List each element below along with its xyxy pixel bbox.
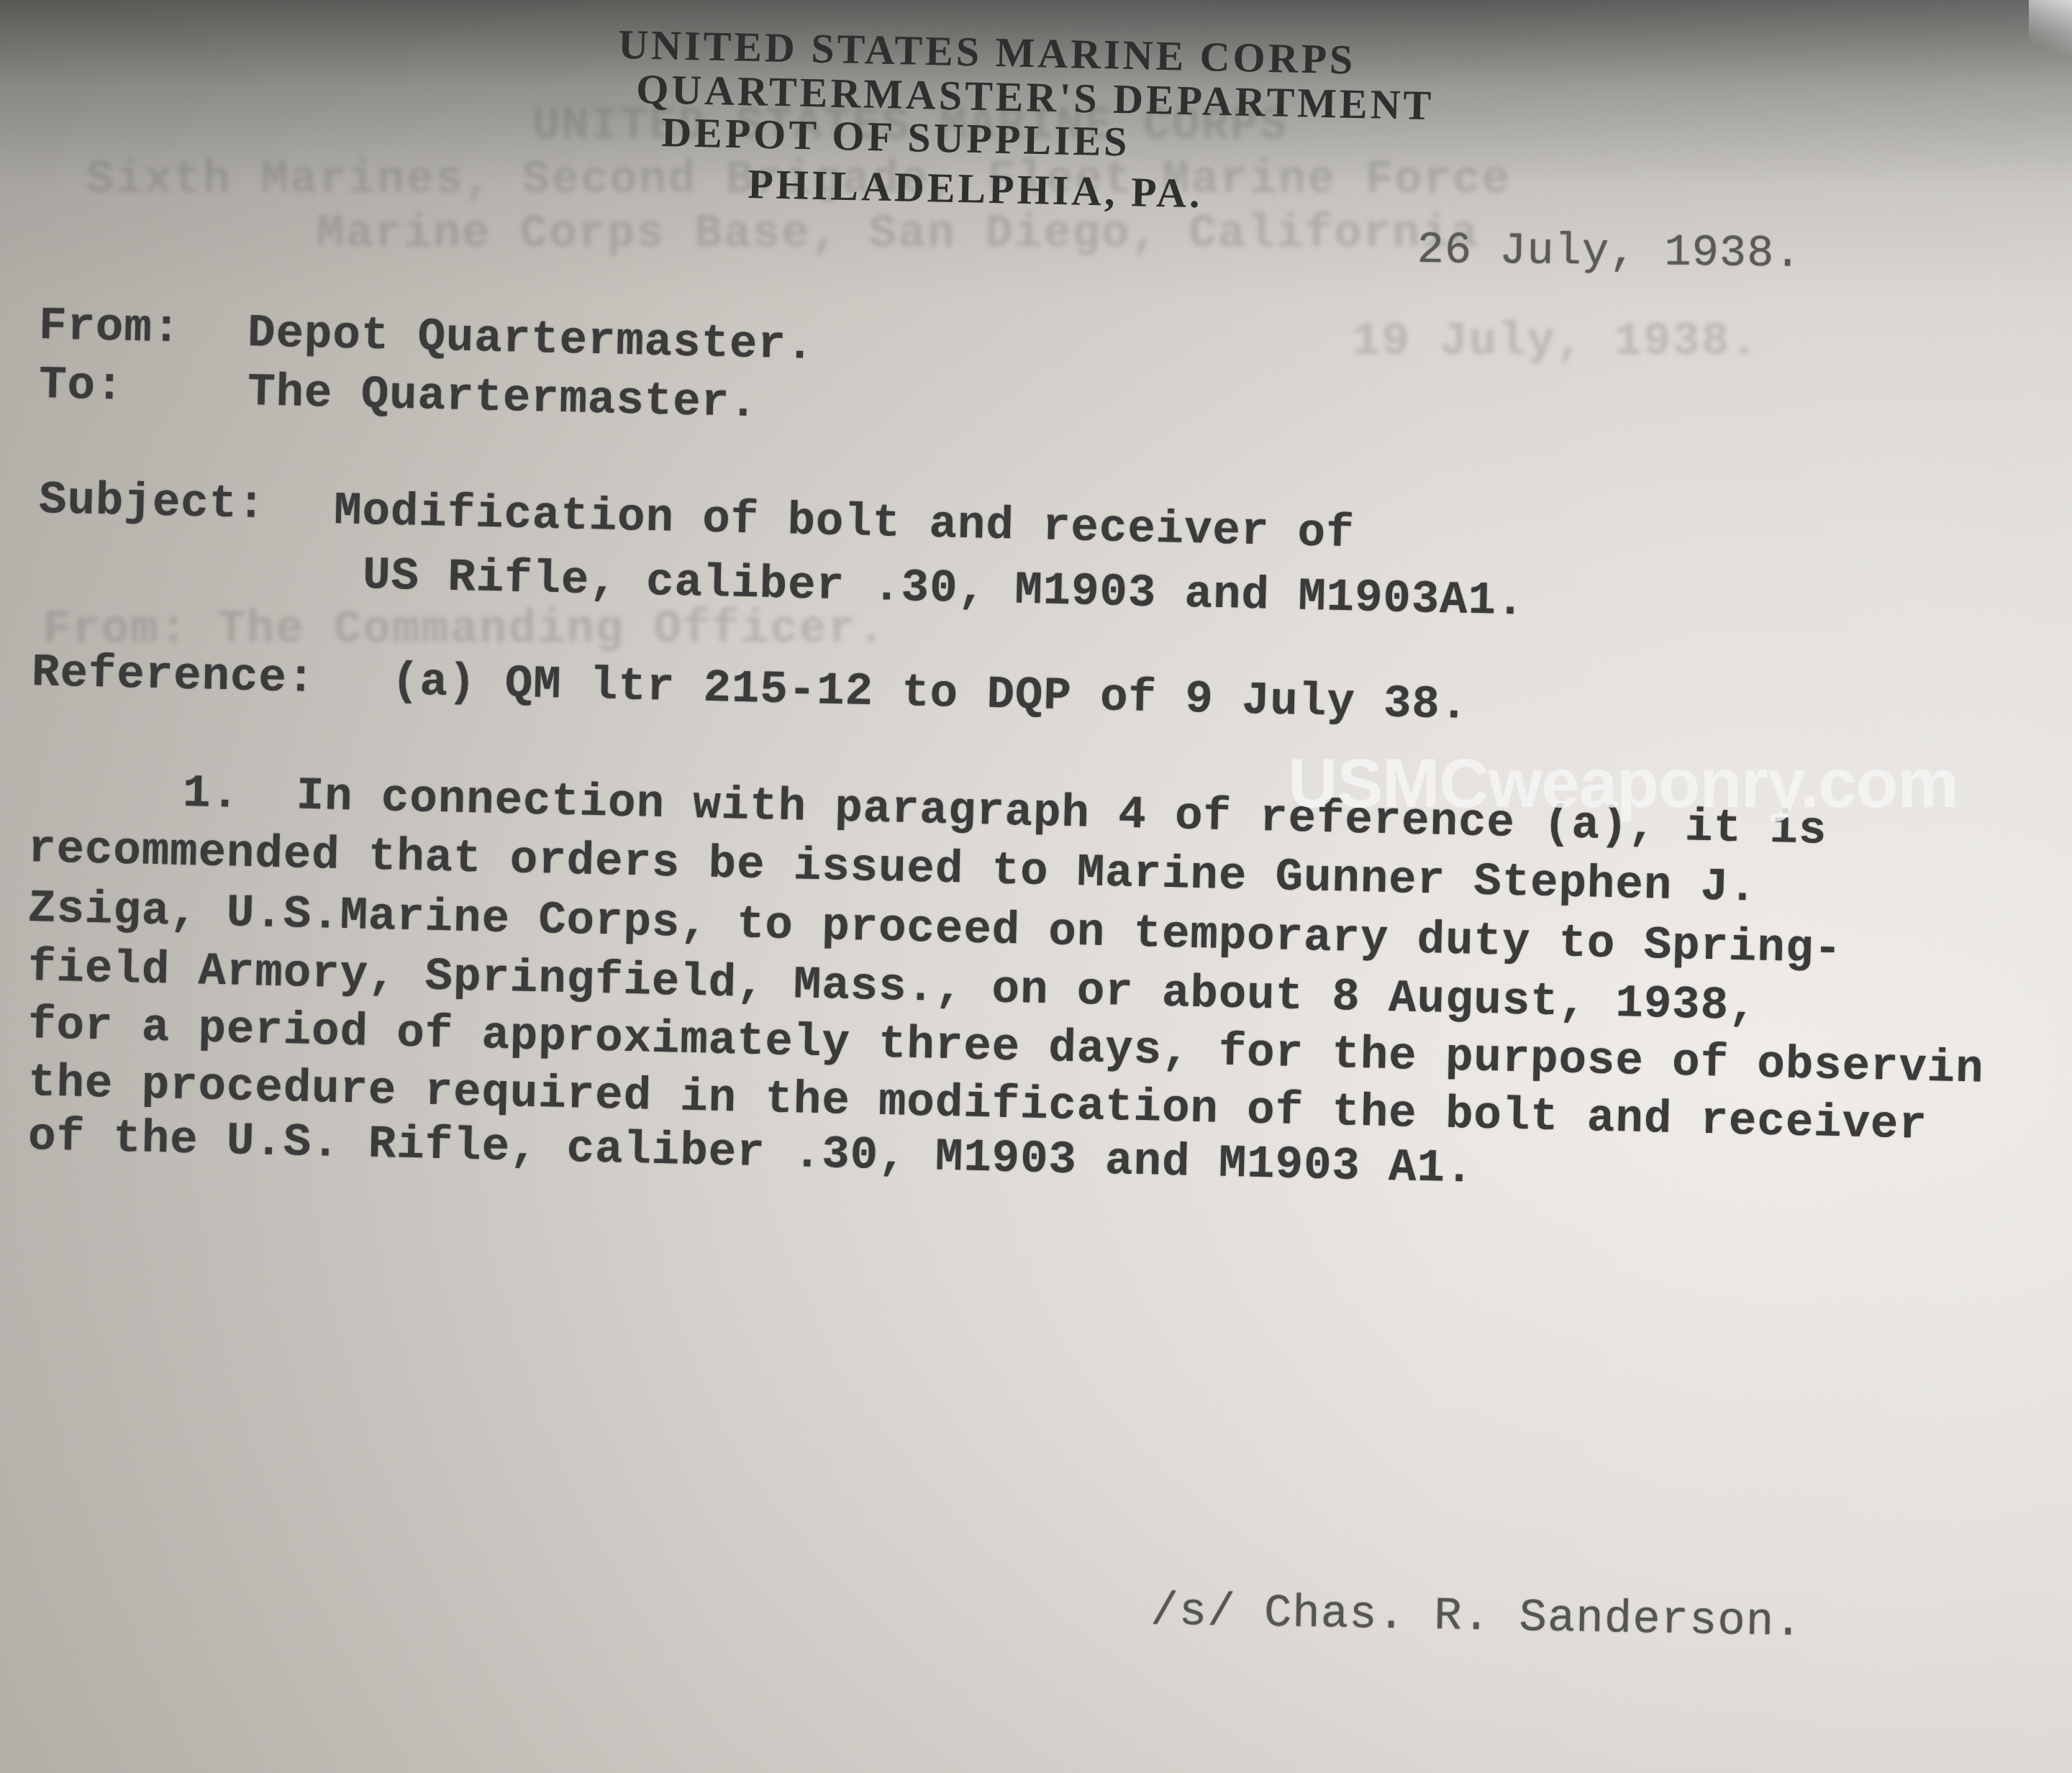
reference-label: Reference: [31,647,316,706]
letter-date: 26 July, 1938. [1417,224,1802,280]
bleed-through-line-3: Marine Corps Base, San Diego, California [317,209,1479,260]
letterhead-depot: DEPOT OF SUPPLIES [661,108,1131,166]
page-corner-shadow [2029,0,2072,58]
from-label: From: [38,301,181,355]
to-label: To: [38,360,124,414]
paragraph-number: 1. [182,768,240,821]
letterhead-location: PHILADELPHIA, PA. [748,160,1204,217]
bleed-through-line-5: From: The Commanding Officer. [43,604,886,656]
subject-label: Subject: [38,475,266,532]
bleed-through-line-4: 19 July, 1938. [1353,316,1760,368]
watermark: USMCweaponry.com [1288,744,1958,824]
